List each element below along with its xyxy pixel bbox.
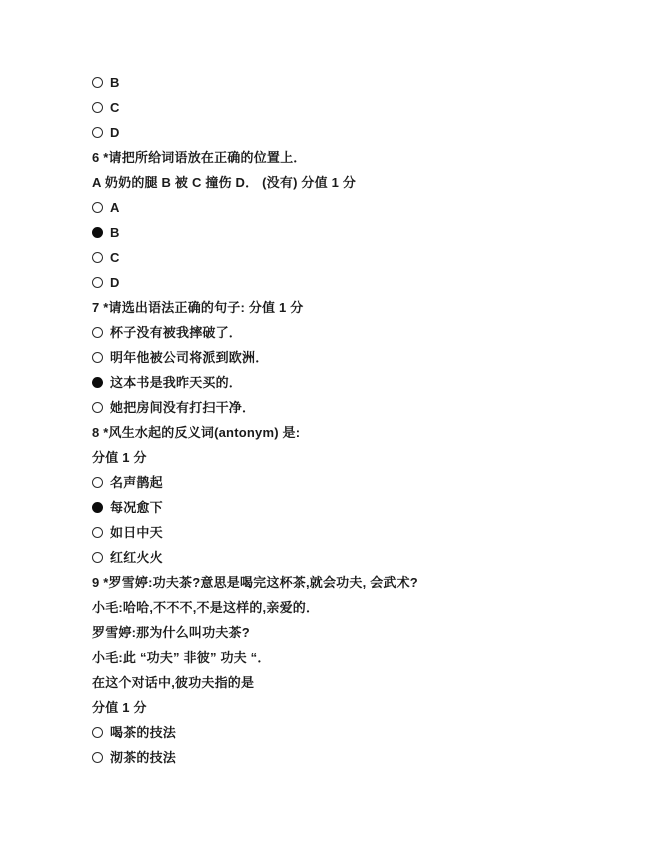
q8-option-4[interactable]: 红红火火 (92, 545, 625, 570)
radio-unselected-icon[interactable] (92, 477, 103, 488)
text-line: 9 *罗雪婷:功夫茶?意思是喝完这杯茶,就会功夫, 会武术? (92, 576, 418, 589)
q7-title: 7 *请选出语法正确的句子: 分值 1 分 (92, 295, 625, 320)
radio-unselected-icon[interactable] (92, 552, 103, 563)
q5-option-b[interactable]: B (92, 70, 625, 95)
option-label: 喝茶的技法 (110, 726, 176, 739)
radio-unselected-icon[interactable] (92, 752, 103, 763)
text-line: A 奶奶的腿 B 被 C 撞伤 D． (没有) 分值 1 分 (92, 176, 356, 189)
text-line: 罗雪婷:那为什么叫功夫茶? (92, 626, 250, 639)
q9-dialog-3: 罗雪婷:那为什么叫功夫茶? (92, 620, 625, 645)
option-label: 名声鹊起 (110, 476, 163, 489)
q7-option-1[interactable]: 杯子没有被我摔破了． (92, 320, 625, 345)
q5-option-c[interactable]: C (92, 95, 625, 120)
text-line: 分值 1 分 (92, 701, 147, 714)
radio-unselected-icon[interactable] (92, 327, 103, 338)
option-label: 明年他被公司将派到欧洲． (110, 351, 268, 364)
q9-points: 分值 1 分 (92, 695, 625, 720)
radio-unselected-icon[interactable] (92, 252, 103, 263)
q6-sentence: A 奶奶的腿 B 被 C 撞伤 D． (没有) 分值 1 分 (92, 170, 625, 195)
option-label: D (110, 276, 120, 289)
quiz-page: B C D 6 *请把所给词语放在正确的位置上． A 奶奶的腿 B 被 C 撞伤… (0, 0, 655, 848)
q6-title: 6 *请把所给词语放在正确的位置上． (92, 145, 625, 170)
text-line: 7 *请选出语法正确的句子: 分值 1 分 (92, 301, 304, 314)
text-line: 小毛:此 “功夫” 非彼” 功夫 “． (92, 651, 271, 664)
option-label: C (110, 101, 120, 114)
radio-selected-icon[interactable] (92, 227, 103, 238)
q9-dialog-1: 9 *罗雪婷:功夫茶?意思是喝完这杯茶,就会功夫, 会武术? (92, 570, 625, 595)
radio-unselected-icon[interactable] (92, 127, 103, 138)
radio-unselected-icon[interactable] (92, 102, 103, 113)
q6-option-d[interactable]: D (92, 270, 625, 295)
text-line: 小毛:哈哈,不不不,不是这样的,亲爱的． (92, 601, 319, 614)
radio-unselected-icon[interactable] (92, 277, 103, 288)
q7-option-3[interactable]: 这本书是我昨天买的． (92, 370, 625, 395)
q6-option-b[interactable]: B (92, 220, 625, 245)
q5-option-d[interactable]: D (92, 120, 625, 145)
radio-unselected-icon[interactable] (92, 202, 103, 213)
option-label: A (110, 201, 120, 214)
q6-option-c[interactable]: C (92, 245, 625, 270)
text-line: 在这个对话中,彼功夫指的是 (92, 676, 254, 689)
option-label: B (110, 226, 120, 239)
option-label: 如日中天 (110, 526, 163, 539)
option-label: 每况愈下 (110, 501, 163, 514)
option-label: 她把房间没有打扫干净． (110, 401, 255, 414)
radio-unselected-icon[interactable] (92, 77, 103, 88)
radio-selected-icon[interactable] (92, 502, 103, 513)
radio-unselected-icon[interactable] (92, 352, 103, 363)
radio-unselected-icon[interactable] (92, 727, 103, 738)
option-label: B (110, 76, 120, 89)
text-line: 8 *风生水起的反义词(antonym) 是: (92, 426, 300, 439)
q9-question: 在这个对话中,彼功夫指的是 (92, 670, 625, 695)
q8-points: 分值 1 分 (92, 445, 625, 470)
option-label: C (110, 251, 120, 264)
q9-dialog-2: 小毛:哈哈,不不不,不是这样的,亲爱的． (92, 595, 625, 620)
option-label: 这本书是我昨天买的． (110, 376, 242, 389)
radio-unselected-icon[interactable] (92, 527, 103, 538)
q7-option-4[interactable]: 她把房间没有打扫干净． (92, 395, 625, 420)
q8-title: 8 *风生水起的反义词(antonym) 是: (92, 420, 625, 445)
option-label: 杯子没有被我摔破了． (110, 326, 242, 339)
q9-option-2[interactable]: 沏茶的技法 (92, 745, 625, 770)
option-label: 沏茶的技法 (110, 751, 176, 764)
option-label: D (110, 126, 120, 139)
q8-option-3[interactable]: 如日中天 (92, 520, 625, 545)
q6-option-a[interactable]: A (92, 195, 625, 220)
q8-option-1[interactable]: 名声鹊起 (92, 470, 625, 495)
q9-option-1[interactable]: 喝茶的技法 (92, 720, 625, 745)
q7-option-2[interactable]: 明年他被公司将派到欧洲． (92, 345, 625, 370)
q8-option-2[interactable]: 每况愈下 (92, 495, 625, 520)
option-label: 红红火火 (110, 551, 163, 564)
q9-dialog-4: 小毛:此 “功夫” 非彼” 功夫 “． (92, 645, 625, 670)
radio-unselected-icon[interactable] (92, 402, 103, 413)
radio-selected-icon[interactable] (92, 377, 103, 388)
text-line: 分值 1 分 (92, 451, 147, 464)
text-line: 6 *请把所给词语放在正确的位置上． (92, 151, 307, 164)
